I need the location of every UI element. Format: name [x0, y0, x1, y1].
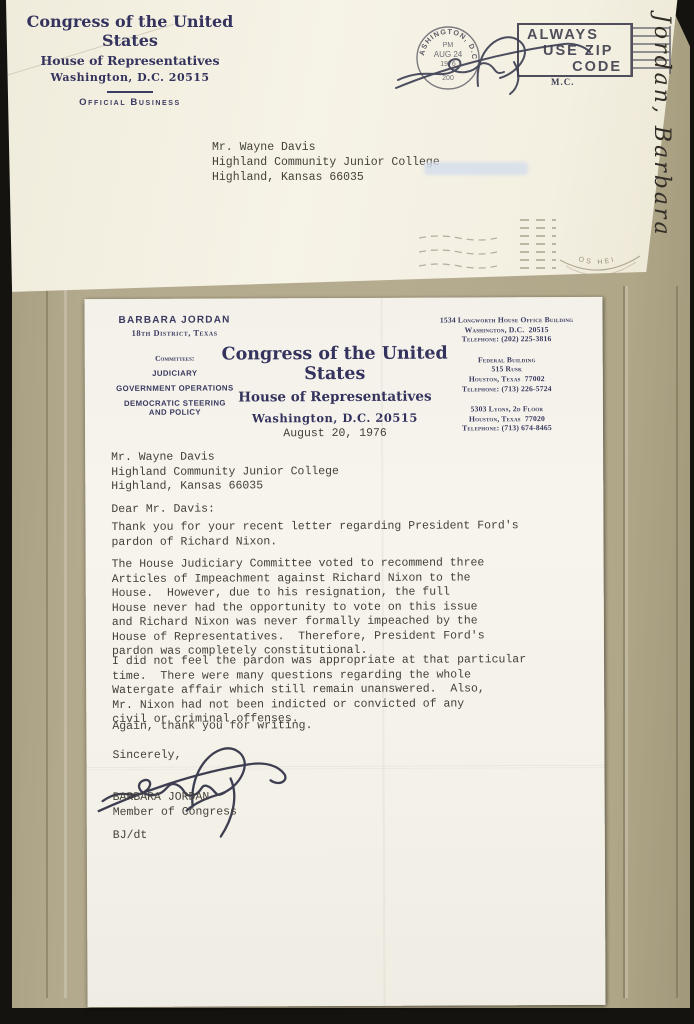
letterhead-offices-block: 1534 Longworth House Office Building Was… — [423, 315, 592, 445]
folder-crease — [676, 286, 678, 998]
letter-paragraph: Thank you for your recent letter regardi… — [111, 519, 518, 550]
letter-signer: BARBARA JORDAN Member of Congress — [113, 790, 237, 820]
folder-annotation-text: Jordan, Barbara — [649, 14, 674, 238]
received-stamp-text: OS HEI — [578, 256, 617, 266]
letter-paragraph: The House Judiciary Committee voted to r… — [112, 556, 485, 659]
return-address-line2: House of Representatives — [24, 53, 236, 68]
frank-mc-label: M.C. — [551, 77, 575, 87]
letter-paragraph: Again, thank you for writing. — [112, 719, 312, 734]
letter-recipient-address: Mr. Wayne Davis Highland Community Junio… — [111, 450, 339, 494]
envelope: Congress of the United States House of R… — [6, 0, 680, 294]
return-address-rule — [107, 91, 153, 93]
letter-salutation: Dear Mr. Davis: — [111, 503, 215, 518]
folder-crease — [64, 286, 67, 998]
folder-annotation: Jordan, Barbara — [664, 12, 694, 292]
member-district: 18th District, Texas — [89, 327, 261, 338]
office-address-federal-building: Federal Building 515 Rusk Houston, Texas… — [423, 355, 591, 394]
letter-paragraph: I did not feel the pardon was appropriat… — [112, 653, 526, 727]
folder-crease — [46, 286, 48, 998]
member-name: BARBARA JORDAN — [89, 314, 261, 326]
return-address-line3: Washington, D.C. 20515 — [24, 71, 236, 84]
envelope-return-address: Congress of the United States House of R… — [24, 12, 236, 108]
return-address-line1: Congress of the United States — [24, 12, 236, 50]
official-business-label: Official Business — [24, 97, 236, 108]
letter-typist-initials: BJ/dt — [113, 829, 148, 844]
envelope-recipient-address: Mr. Wayne Davis Highland Community Junio… — [212, 140, 440, 185]
letter-signature — [96, 736, 336, 841]
redaction-smudge — [424, 162, 528, 175]
scanned-archive-page: Jordan, Barbara Congress of the United S… — [0, 0, 694, 1024]
frank-signature — [394, 28, 599, 98]
svg-text:OS HEI: OS HEI — [578, 256, 617, 266]
office-address-dc: 1534 Longworth House Office Building Was… — [423, 315, 591, 345]
cancellation-bars — [514, 216, 562, 274]
letter-page: BARBARA JORDAN 18th District, Texas Comm… — [84, 297, 605, 1007]
cancellation-waves — [417, 232, 499, 274]
folder-crease — [625, 286, 628, 998]
office-address-lyons: 5303 Lyons, 2d Floor Houston, Texas 7702… — [423, 404, 591, 434]
